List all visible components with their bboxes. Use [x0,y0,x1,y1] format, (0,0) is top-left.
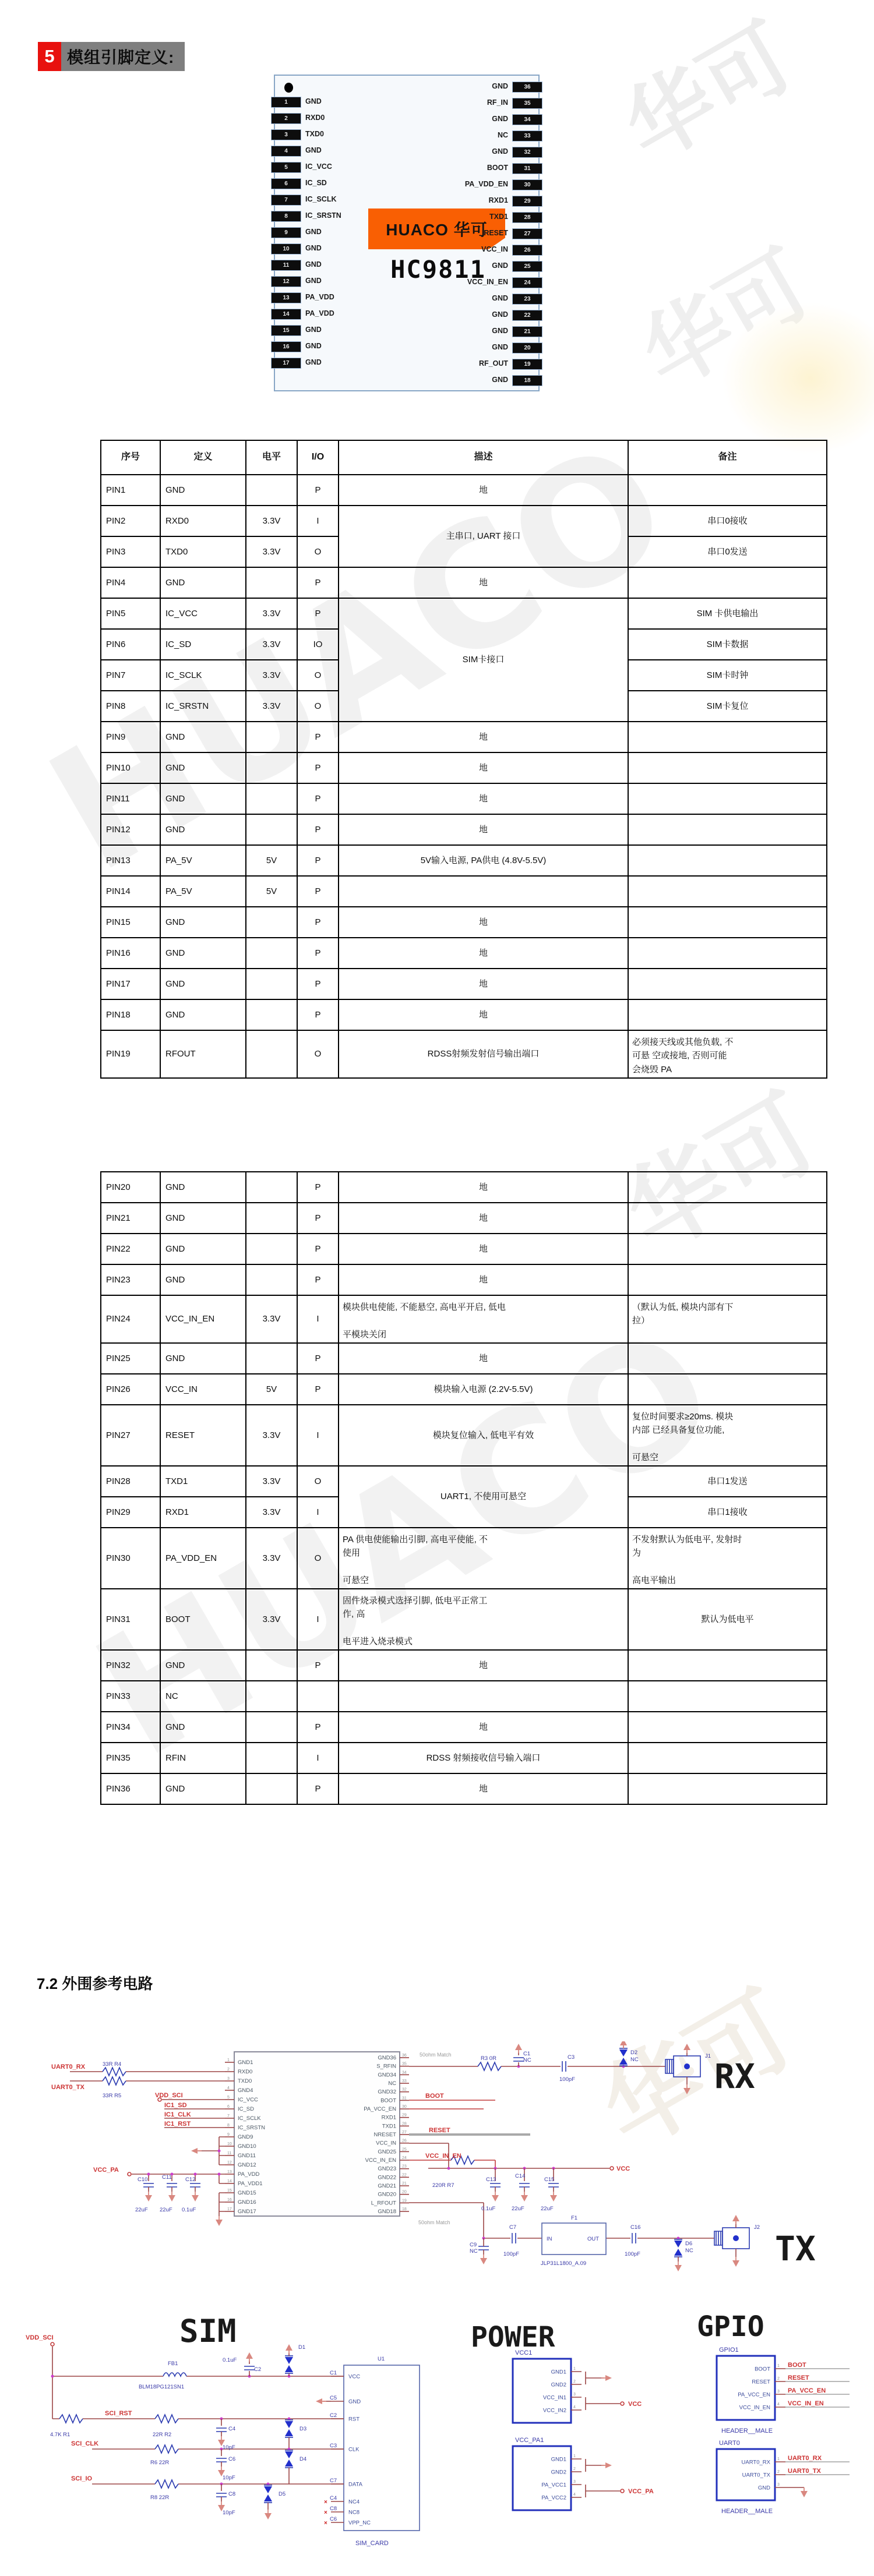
table-cell-description: 地 [339,783,628,814]
table-cell: 3.3V [246,660,297,691]
table-cell-description: 地 [339,1234,628,1264]
table-cell: PIN35 [101,1743,160,1773]
schematic-label: JLP31L1800_A.09 [541,2260,586,2267]
schematic-label: 220R R7 [432,2182,454,2189]
header-pin-name: VCC_IN1 [543,2395,566,2401]
table-cell [246,1264,297,1295]
chip-pin: 21GND [275,326,538,336]
schematic-label: R8 22R [150,2494,169,2501]
header-pin-name: BOOT [755,2366,770,2373]
col-header-remark: 备注 [628,440,827,475]
schematic-label: D1 [298,2344,305,2351]
table-cell-description: 地 [339,1203,628,1234]
table-cell-remark: （默认为低, 模块内部有下 拉） [628,1295,827,1343]
table-cell-description: 5V输入电源, PA供电 (4.8V-5.5V) [339,845,628,876]
schematic-label: 4.7K R1 [50,2432,70,2438]
table-cell: RESET [160,1405,246,1466]
table-cell-description: RDSS射频发射信号输出端口 [339,1030,628,1078]
table-row: PIN32GNDP地 [101,1650,827,1681]
table-cell: PIN14 [101,876,160,907]
table-cell-remark [628,845,827,876]
table-row: PIN18GNDP地 [101,999,827,1030]
table-cell: PIN21 [101,1203,160,1234]
table-cell: PIN31 [101,1589,160,1650]
schematic-label: C6 [228,2456,235,2462]
schematic-label: SCI_CLK [71,2440,98,2447]
module-pin-name: GND15 [238,2190,256,2196]
table-cell: IC_SCLK [160,660,246,691]
module-pin-number: 14 [227,2179,232,2183]
module-pin-number: 24 [402,2156,407,2160]
table-cell: GND [160,1343,246,1374]
table-cell-remark [628,1203,827,1234]
table-cell [246,1650,297,1681]
schematic-label: C14 [515,2173,525,2179]
chip-pin-pad: 24 [512,277,542,288]
module-pin-number: 12 [227,2161,232,2165]
table-cell-remark: 复位时间要求≥20ms. 模块 内部 已经具备复位功能, 可悬空 [628,1405,827,1466]
table-cell: RFOUT [160,1030,246,1078]
table-cell: GND [160,1203,246,1234]
table-cell-remark [628,1681,827,1712]
table-cell [246,752,297,783]
table-cell-remark: 串口1发送 [628,1466,827,1497]
table-cell: PIN27 [101,1405,160,1466]
table-cell: GND [160,783,246,814]
table-cell: GND [160,722,246,752]
schematic-label: VCC_PA [628,2488,654,2495]
table-cell: 3.3V [246,1466,297,1497]
table-row: PIN30PA_VDD_EN3.3VOPA 供电使能输出引脚, 高电平使能, 不… [101,1528,827,1589]
chip-pin-pad: 27 [512,228,542,239]
sim-pin-name: RST [348,2416,360,2423]
chip-pin-label: GND [492,294,508,302]
table-cell: IC_SD [160,629,246,660]
module-pin-number: 20 [402,2190,407,2195]
table-cell: PIN9 [101,722,160,752]
table-row: PIN24VCC_IN_EN3.3VI模块供电使能, 不能悬空, 高电平开启, … [101,1295,827,1343]
schematic-label: D6 [685,2241,692,2247]
schematic-label: D5 [279,2491,286,2497]
table-cell-description: 地 [339,1712,628,1743]
schematic-label: C8 [228,2491,235,2497]
table-cell: RXD0 [160,506,246,536]
schematic-labels: UART0_RXUART0_TX33R R433R R5VDD_SCIIC1_S… [26,2050,826,2516]
table-row: PIN1GNDP地 [101,475,827,506]
table-cell [246,722,297,752]
schematic-label: RESET [429,2127,450,2134]
module-pin-number: 26 [402,2139,407,2143]
module-pin-number: 3 [227,2077,230,2081]
module-pin-name: VCC_IN_EN [365,2157,396,2164]
table-cell: O [297,691,339,722]
table-cell: PIN34 [101,1712,160,1743]
table-cell [246,783,297,814]
table-cell-remark [628,969,827,999]
col-header-index: 序号 [101,440,160,475]
module-pin-name: GND36 [378,2055,396,2061]
header-pin-name: VCC_IN_EN [739,2405,770,2411]
table-cell: I [297,1743,339,1773]
module-pin-number: 34 [402,2070,407,2075]
module-pin-name: IC_SD [238,2106,254,2112]
module-pin-number: 30 [402,2105,407,2109]
header-pin-number: 2 [573,2380,576,2384]
schematic-label: NC [470,2248,478,2255]
chip-pin-label: NC [498,131,508,139]
module-pin-name: GND11 [238,2153,256,2159]
table-cell: O [297,536,339,567]
schematic-label: C13 [486,2176,496,2183]
schematic-label: IC1_SD [164,2102,187,2109]
table-row: PIN21GNDP地 [101,1203,827,1234]
schematic-label: D2 [630,2050,637,2056]
table-cell: PIN19 [101,1030,160,1078]
table-cell-remark: 串口0发送 [628,536,827,567]
schematic-label: VCC_IN_EN [425,2153,461,2160]
table-cell-description: 固件烧录模式选择引脚, 低电平正常工 作, 高 电平进入烧录模式 [339,1589,628,1650]
module-pin-name: GND17 [238,2208,256,2215]
table-cell: 3.3V [246,1589,297,1650]
table-cell: PIN26 [101,1374,160,1405]
table-row: PIN13PA_5V5VP5V输入电源, PA供电 (4.8V-5.5V) [101,845,827,876]
table-cell-description: RDSS 射频接收信号输入端口 [339,1743,628,1773]
table-cell: PIN16 [101,938,160,969]
table-cell: PIN17 [101,969,160,999]
schematic-label: UART0_RX [788,2455,822,2462]
table-cell: PA_VDD_EN [160,1528,246,1589]
connector-footer: HEADER__MALE [721,2427,773,2434]
module-pin-name: GND4 [238,2087,253,2094]
table-cell-description: 地 [339,1343,628,1374]
table-cell: TXD1 [160,1466,246,1497]
table-cell-remark: SIM卡复位 [628,691,827,722]
table-cell: GND [160,475,246,506]
module-pin-number: 8 [227,2123,230,2128]
module-pin-name: GND22 [378,2174,396,2181]
table-cell: PIN7 [101,660,160,691]
table-cell-remark [628,722,827,752]
table-cell: O [297,1528,339,1589]
header-pin-number: 4 [573,2405,576,2409]
sim-pin-name: NC4 [348,2499,360,2506]
table-cell: PIN20 [101,1172,160,1203]
table-row: PIN5IC_VCC3.3VPSIM卡接口SIM 卡供电输出 [101,598,827,629]
schematic-label: C15 [544,2176,554,2183]
table-cell: 3.3V [246,1497,297,1528]
table-cell: I [297,1405,339,1466]
schematic-label: BLM18PG121SN1 [139,2384,184,2390]
module-pin-name: IC_SCLK [238,2115,261,2122]
chip-pin-label: TXD1 [489,213,508,221]
header-pin-name: PA_VCC2 [541,2495,566,2501]
schematic-label: GPIO [697,2310,764,2343]
table-cell: VCC_IN_EN [160,1295,246,1343]
table-cell-description: UART1, 不使用可悬空 [339,1466,628,1528]
table-cell-description: 地 [339,907,628,938]
sim-pad-code: C3 [330,2443,337,2449]
table-row: PIN10GNDP地 [101,752,827,783]
header-pin-number: 1 [777,2364,780,2368]
chip-pin: 26VCC_IN [275,245,538,255]
background-tint [723,303,874,454]
section-title: 5 模组引脚定义: [38,42,185,71]
table-header-row: 序号 定义 电平 I/O 描述 备注 [101,440,827,475]
schematic-label: C11 [162,2174,172,2181]
table-cell [246,1743,297,1773]
schematic-label: IC1_RST [164,2121,191,2128]
module-pin-name: TXD0 [238,2078,252,2084]
sim-pin-name: NC8 [348,2510,360,2516]
schematic-label: PA_VCC_EN [788,2387,826,2394]
module-pin-number: 7 [227,2114,230,2118]
table-cell: P [297,598,339,629]
chip-pin: 30PA_VDD_EN [275,179,538,189]
schematic-label: RESET [788,2374,809,2381]
table-cell: PIN32 [101,1650,160,1681]
table-cell [246,567,297,598]
table-cell: IC_VCC [160,598,246,629]
module-pin-name: GND21 [378,2183,396,2189]
table-cell: 3.3V [246,598,297,629]
chip-pin-pad: 18 [512,375,542,386]
schematic-label: OUT [587,2236,599,2242]
table-cell: P [297,1712,339,1743]
table-cell: P [297,475,339,506]
module-pin-number: 31 [402,2096,407,2100]
chip-pin-pad: 36 [512,82,542,93]
table-cell-description: 模块供电使能, 不能悬空, 高电平开启, 低电 平模块关闭 [339,1295,628,1343]
nc-mark: × [324,2520,327,2526]
table-cell [246,999,297,1030]
schematic-label: C3 [568,2054,575,2061]
table-cell: P [297,1374,339,1405]
schematic-label: UART0_TX [788,2468,822,2475]
table-cell-description [339,1681,628,1712]
module-pin-number: 19 [402,2199,407,2203]
schematic-label: VCC_IN_EN [788,2400,824,2407]
table-cell-description: 地 [339,938,628,969]
section-number-badge: 5 [38,42,61,71]
module-pin-number: 5 [227,2096,230,2100]
table-cell-remark [628,938,827,969]
table-cell-remark: 不发射默认为低电平, 发射时 为 高电平输出 [628,1528,827,1589]
table-cell: P [297,752,339,783]
schematic-label: SCI_RST [105,2410,132,2417]
header-pin-number: 1 [573,2367,576,2371]
table-cell-description [339,876,628,907]
schematic-label: 0.1uF [223,2357,237,2363]
table-cell [246,1343,297,1374]
sim-pad-code: C1 [330,2370,337,2376]
schematic-label: UART0_TX [51,2084,85,2091]
schematic-label: C1 [523,2051,530,2057]
module-pin-number: 2 [227,2068,230,2072]
section-title-text: 模组引脚定义: [61,42,185,71]
header-pin-name: VCC_IN2 [543,2408,566,2414]
module-pin-number: 17 [227,2207,232,2211]
table-cell [246,1712,297,1743]
schematic-label: SIM [179,2313,237,2349]
table-cell: P [297,783,339,814]
table-cell: P [297,938,339,969]
chip-pin-label: RXD1 [489,196,508,204]
module-pin-name: PA_VDD1 [238,2181,263,2187]
header-pin-name: UART0_TX [742,2472,771,2479]
table-cell: O [297,1466,339,1497]
schematic-label: NC [630,2056,639,2063]
table-row: PIN26VCC_IN5VP模块输入电源 (2.2V-5.5V) [101,1374,827,1405]
table-cell-remark: 必须接天线或其他负载, 不 可悬 空或接地, 否则可能 会烧毁 PA [628,1030,827,1078]
schematic-label: 10pF [223,2475,235,2481]
table-cell [246,938,297,969]
schematic-label: 100pF [625,2251,640,2257]
module-pin-name: VCC_IN [376,2140,396,2147]
chip-pin: 23GND [275,294,538,303]
table-cell: GND [160,1712,246,1743]
table-cell-description: 地 [339,1172,628,1203]
table-row: PIN15GNDP地 [101,907,827,938]
schematic-label: NC [685,2248,693,2254]
table-cell: GND [160,999,246,1030]
chip-pin: 27RESET [275,228,538,238]
table-cell: P [297,876,339,907]
table-cell-remark [628,1374,827,1405]
table-cell: P [297,567,339,598]
module-pin-number: 16 [227,2198,232,2202]
col-header-definition: 定义 [160,440,246,475]
schematic-label: F1 [571,2215,577,2221]
table-cell-remark [628,814,827,845]
table-cell: I [297,506,339,536]
table-row: PIN14PA_5V5VP [101,876,827,907]
module-pin-name: PA_VCC_EN [364,2106,396,2112]
schematic-label: 33R R5 [103,2093,121,2099]
header-pin-number: 3 [777,2483,780,2487]
module-pin-name: BOOT [380,2097,396,2104]
header-pin-number: 3 [573,2393,576,2397]
table-row: PIN33NC [101,1681,827,1712]
table-cell-remark: 默认为低电平 [628,1589,827,1650]
module-pin-name: GND23 [378,2166,396,2172]
table-cell: GND [160,969,246,999]
schematic-label: 33R R4 [103,2061,121,2068]
connector-ref: GPIO1 [719,2347,739,2354]
chip-pin-pad: 32 [512,147,542,158]
table-cell-remark [628,999,827,1030]
table-cell: 5V [246,876,297,907]
chip-pin: 35RF_IN [275,98,538,108]
module-pin-name: RXD0 [238,2069,252,2075]
chip-pin-label: GND [492,262,508,270]
module-pin-name: GND32 [378,2089,396,2096]
table-cell-remark [628,1172,827,1203]
schematic-label: 22uF [541,2206,554,2212]
header-pin-name: GND1 [551,2457,566,2463]
module-pin-number: 21 [402,2182,407,2186]
module-pin-name: GND1 [238,2059,253,2066]
table-cell: I [297,1295,339,1343]
table-row: PIN22GNDP地 [101,1234,827,1264]
table-cell-description: 地 [339,722,628,752]
schematic-label: C16 [630,2224,640,2231]
schematic-label: 100pF [503,2251,519,2257]
sim-pad-code: C2 [330,2412,337,2419]
schematic-label: IC1_CLK [164,2111,191,2118]
table-cell: PIN22 [101,1234,160,1264]
connector-ref: U1 [378,2356,385,2362]
chip-pin-label: PA_VDD_EN [465,180,508,188]
table-cell: PIN33 [101,1681,160,1712]
connector-ref: UART0 [719,2440,740,2447]
table-row: PIN28TXD13.3VOUART1, 不使用可悬空串口1发送 [101,1466,827,1497]
module-pin-name: NRESET [373,2132,396,2138]
chip-pin-label: GND [492,343,508,351]
schematic-label: C10 [138,2176,147,2183]
table-cell: IC_SRSTN [160,691,246,722]
header-pin-name: GND2 [551,2382,566,2388]
schematic-label: R6 22R [150,2460,169,2466]
table-cell: PIN28 [101,1466,160,1497]
table-row: PIN12GNDP地 [101,814,827,845]
table-cell [246,1030,297,1078]
table-row: PIN11GNDP地 [101,783,827,814]
table-cell-remark [628,1773,827,1804]
sim-pad-code: C7 [330,2478,337,2484]
module-pin-name: NC [388,2080,396,2087]
table-cell: 3.3V [246,1528,297,1589]
header-pin-name: UART0_RX [742,2460,771,2466]
table-row: PIN35RFINIRDSS 射频接收信号输入端口 [101,1743,827,1773]
table-cell-remark [628,1343,827,1374]
table-cell: PIN15 [101,907,160,938]
table-cell: 3.3V [246,536,297,567]
module-pin-name: IC_SRSTN [238,2125,265,2131]
chip-pin-pad: 35 [512,98,542,109]
schematic-label: 10pF [223,2444,235,2451]
module-pin-number: 6 [227,2105,230,2109]
table-cell: PIN4 [101,567,160,598]
table-cell [246,907,297,938]
sim-pad-code: C5 [330,2395,337,2401]
module-pin-name: GND9 [238,2134,253,2140]
table-cell: GND [160,567,246,598]
table-cell: 5V [246,1374,297,1405]
chip-pin-pad: 33 [512,130,542,142]
module-pin-name: RXD1 [382,2115,396,2121]
schematic-label: 22uF [160,2207,172,2213]
table-cell-description: 模块输入电源 (2.2V-5.5V) [339,1374,628,1405]
table-cell [246,1773,297,1804]
table-row: PIN36GNDP地 [101,1773,827,1804]
table-cell: PIN36 [101,1773,160,1804]
header-pin-number: 2 [573,2467,576,2471]
sim-pin-name: GND [348,2399,361,2405]
table-cell-remark: SIM卡数据 [628,629,827,660]
table-cell [297,1681,339,1712]
header-pin-number: 2 [777,2470,780,2474]
table-cell: O [297,660,339,691]
table-cell: PIN23 [101,1264,160,1295]
table-cell: PIN10 [101,752,160,783]
table-cell: P [297,1264,339,1295]
nc-mark: × [324,2499,327,2506]
schematic-label: 0.1uF [182,2207,196,2213]
schematic-label: FB1 [168,2361,178,2367]
schematic-label: VDD_SCI [26,2334,54,2341]
table-cell-description: PA 供电使能输出引脚, 高电平使能, 不 使用 可悬空 [339,1528,628,1589]
schematic-label: 50ohm Match [420,2052,452,2058]
